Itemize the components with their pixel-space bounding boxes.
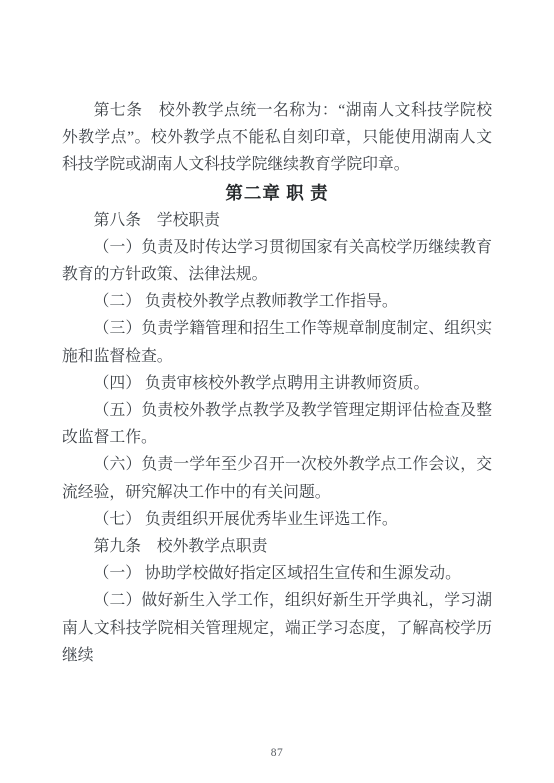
- article-8-title: 第八条 学校职责: [62, 207, 492, 234]
- page-number: 87: [0, 747, 554, 759]
- article-8-item-3: （三）负责学籍管理和招生工作等规章制度制定、组织实施和监督检查。: [62, 315, 492, 369]
- article-7-paragraph: 第七条 校外教学点统一名称为：“湖南人文科技学院校外教学点”。校外教学点不能私自…: [62, 97, 492, 179]
- chapter-heading: 第二章 职 责: [62, 179, 492, 207]
- article-8-item-2: （二） 负责校外教学点教师教学工作指导。: [62, 288, 492, 315]
- article-8-item-6: （六）负责一学年至少召开一次校外教学点工作会议，交流经验，研究解决工作中的有关问…: [62, 451, 492, 505]
- article-8-item-5: （五）负责校外教学点教学及教学管理定期评估检查及整改监督工作。: [62, 397, 492, 451]
- document-page: 第七条 校外教学点统一名称为：“湖南人文科技学院校外教学点”。校外教学点不能私自…: [0, 0, 554, 783]
- article-8-item-1: （一）负责及时传达学习贯彻国家有关高校学历继续教育教育的方针政策、法律法规。: [62, 234, 492, 288]
- article-9-title: 第九条 校外教学点职责: [62, 533, 492, 560]
- document-content: 第七条 校外教学点统一名称为：“湖南人文科技学院校外教学点”。校外教学点不能私自…: [62, 97, 492, 669]
- article-9-item-2: （二）做好新生入学工作，组织好新生开学典礼，学习湖南人文科技学院相关管理规定，端…: [62, 587, 492, 669]
- article-8-item-4: （四） 负责审核校外教学点聘用主讲教师资质。: [62, 370, 492, 397]
- article-9-item-1: （一） 协助学校做好指定区域招生宣传和生源发动。: [62, 560, 492, 587]
- article-8-item-7: （七） 负责组织开展优秀毕业生评选工作。: [62, 506, 492, 533]
